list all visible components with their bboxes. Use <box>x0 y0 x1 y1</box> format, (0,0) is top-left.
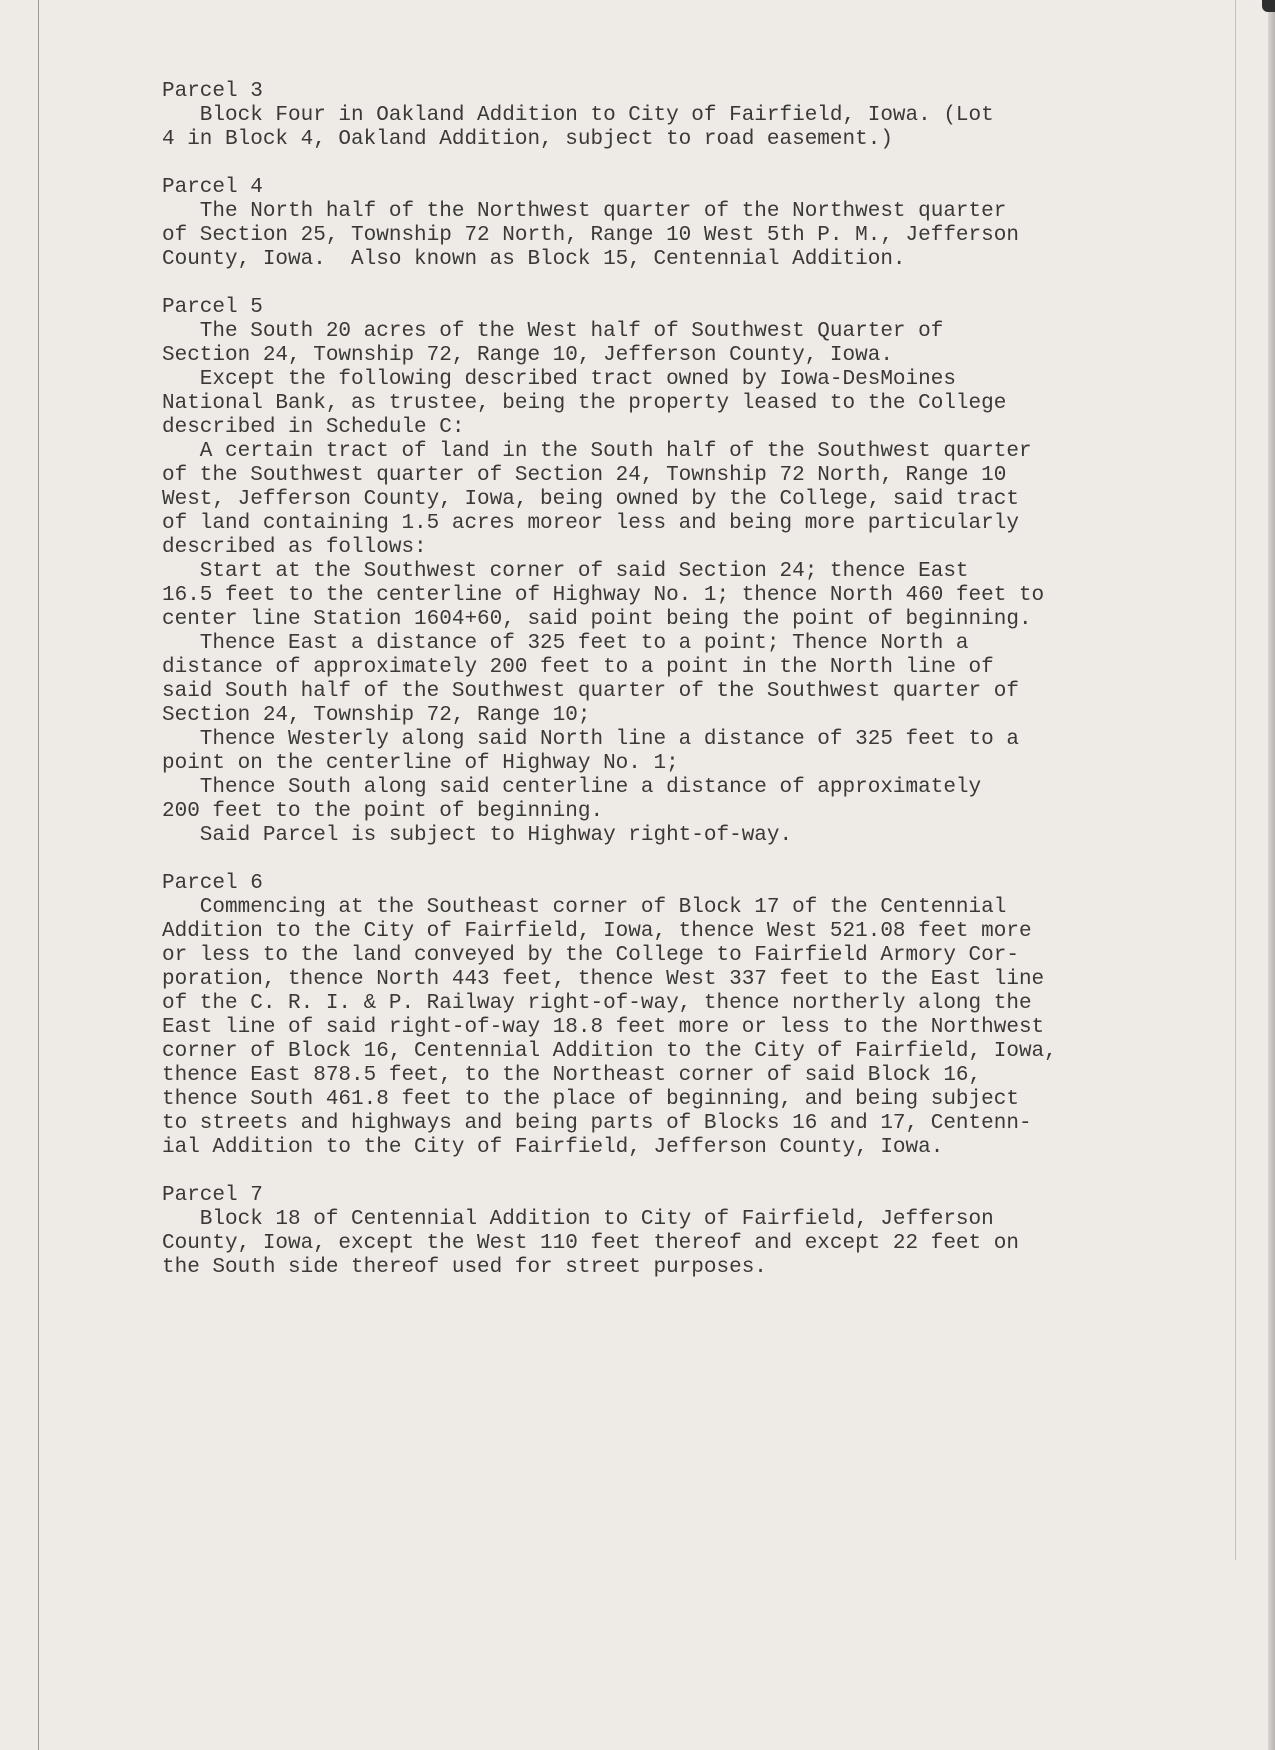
parcel-text-line: to streets and highways and being parts … <box>162 1112 1222 1136</box>
parcel-title: Parcel 6 <box>162 872 1222 896</box>
parcel-text-line: 16.5 feet to the centerline of Highway N… <box>162 584 1222 608</box>
parcel-text-line: Block 18 of Centennial Addition to City … <box>162 1208 1222 1232</box>
parcel-text-line: center line Station 1604+60, said point … <box>162 608 1222 632</box>
parcel-5: Parcel 5 The South 20 acres of the West … <box>162 296 1222 848</box>
parcel-text-line: Commencing at the Southeast corner of Bl… <box>162 896 1222 920</box>
parcel-text-line: of the Southwest quarter of Section 24, … <box>162 464 1222 488</box>
document-body: Parcel 3 Block Four in Oakland Addition … <box>162 80 1222 1304</box>
parcel-text-line: Thence East a distance of 325 feet to a … <box>162 632 1222 656</box>
parcel-title: Parcel 4 <box>162 176 1222 200</box>
parcel-3: Parcel 3 Block Four in Oakland Addition … <box>162 80 1222 152</box>
parcel-text-line: Addition to the City of Fairfield, Iowa,… <box>162 920 1222 944</box>
scan-corner-mark <box>1262 0 1275 12</box>
parcel-text-line: thence East 878.5 feet, to the Northeast… <box>162 1064 1222 1088</box>
parcel-text-line: distance of approximately 200 feet to a … <box>162 656 1222 680</box>
page-edge-shadow <box>1268 0 1275 1750</box>
parcel-text-line: ial Addition to the City of Fairfield, J… <box>162 1136 1222 1160</box>
parcel-text-line: Section 24, Township 72, Range 10; <box>162 704 1222 728</box>
parcel-text-line: The South 20 acres of the West half of S… <box>162 320 1222 344</box>
parcel-text-line: A certain tract of land in the South hal… <box>162 440 1222 464</box>
parcel-title: Parcel 7 <box>162 1184 1222 1208</box>
right-margin-line <box>1235 0 1236 1560</box>
parcel-text-line: Thence South along said centerline a dis… <box>162 776 1222 800</box>
parcel-text-line: described in Schedule C: <box>162 416 1222 440</box>
parcel-text-line: Start at the Southwest corner of said Se… <box>162 560 1222 584</box>
parcel-text-line: of the C. R. I. & P. Railway right-of-wa… <box>162 992 1222 1016</box>
parcel-text-line: corner of Block 16, Centennial Addition … <box>162 1040 1222 1064</box>
parcel-text-line: Section 24, Township 72, Range 10, Jeffe… <box>162 344 1222 368</box>
parcel-text-line: described as follows: <box>162 536 1222 560</box>
parcel-text-line: the South side thereof used for street p… <box>162 1256 1222 1280</box>
parcel-text-line: said South half of the Southwest quarter… <box>162 680 1222 704</box>
parcel-text-line: County, Iowa. Also known as Block 15, Ce… <box>162 248 1222 272</box>
parcel-text-line: East line of said right-of-way 18.8 feet… <box>162 1016 1222 1040</box>
parcel-text-line: Thence Westerly along said North line a … <box>162 728 1222 752</box>
parcel-text-line: 200 feet to the point of beginning. <box>162 800 1222 824</box>
parcel-text-line: West, Jefferson County, Iowa, being owne… <box>162 488 1222 512</box>
parcel-text-line: Except the following described tract own… <box>162 368 1222 392</box>
parcel-4: Parcel 4 The North half of the Northwest… <box>162 176 1222 272</box>
parcel-title: Parcel 3 <box>162 80 1222 104</box>
parcel-text-line: of land containing 1.5 acres moreor less… <box>162 512 1222 536</box>
left-margin-line <box>38 0 39 1750</box>
parcel-text-line: Said Parcel is subject to Highway right-… <box>162 824 1222 848</box>
parcel-text-line: or less to the land conveyed by the Coll… <box>162 944 1222 968</box>
parcel-title: Parcel 5 <box>162 296 1222 320</box>
parcel-text-line: point on the centerline of Highway No. 1… <box>162 752 1222 776</box>
parcel-6: Parcel 6 Commencing at the Southeast cor… <box>162 872 1222 1160</box>
parcel-text-line: 4 in Block 4, Oakland Addition, subject … <box>162 128 1222 152</box>
parcel-text-line: National Bank, as trustee, being the pro… <box>162 392 1222 416</box>
parcel-text-line: poration, thence North 443 feet, thence … <box>162 968 1222 992</box>
parcel-text-line: of Section 25, Township 72 North, Range … <box>162 224 1222 248</box>
document-page: Parcel 3 Block Four in Oakland Addition … <box>0 0 1275 1750</box>
parcel-7: Parcel 7 Block 18 of Centennial Addition… <box>162 1184 1222 1280</box>
parcel-text-line: thence South 461.8 feet to the place of … <box>162 1088 1222 1112</box>
parcel-text-line: Block Four in Oakland Addition to City o… <box>162 104 1222 128</box>
parcel-text-line: County, Iowa, except the West 110 feet t… <box>162 1232 1222 1256</box>
parcel-text-line: The North half of the Northwest quarter … <box>162 200 1222 224</box>
